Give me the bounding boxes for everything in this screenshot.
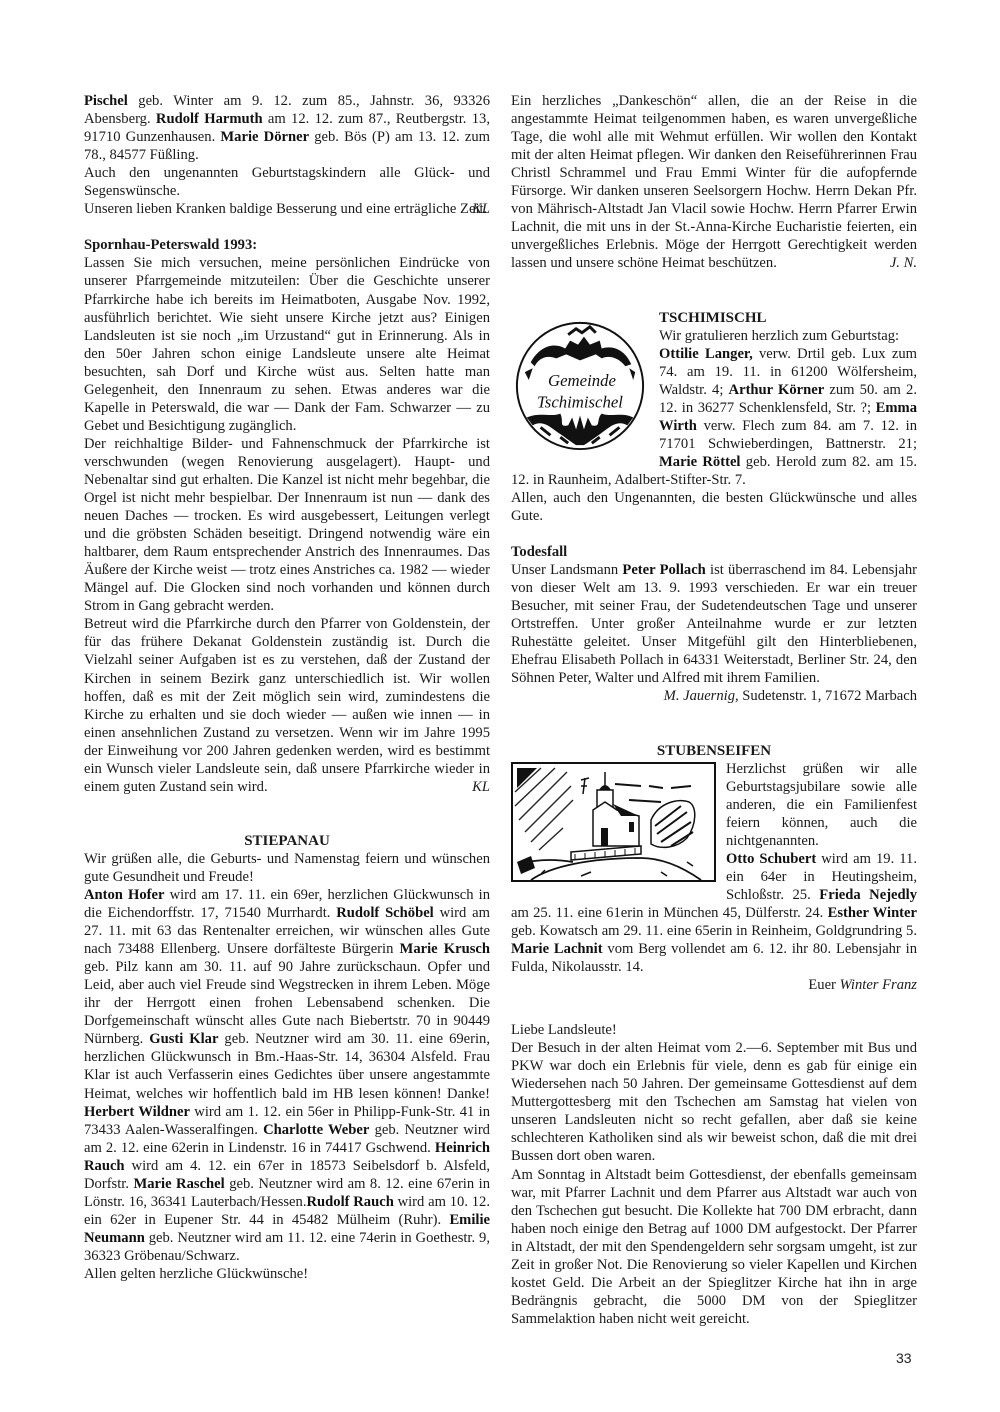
thanks-paragraph: Ein herzliches „Dankeschön“ allen, die a… [511,92,917,272]
municipal-seal-emblem-icon: Gemeinde Tschimischel [511,315,649,453]
person-name: Marie Raschel [133,1176,224,1192]
spornhau-paragraph-2: Der reichhaltige Bilder- und Fahnenschmu… [84,435,490,615]
wish-sick-row: Unseren lieben Kranken baldige Besserung… [84,200,490,218]
section-heading-stiepanau: STIEPANAU [84,832,490,850]
person-name: Emilie Neumann [84,1212,490,1246]
person-name: Rudolf Schöbel [336,905,433,921]
person-name: Marie Krusch [400,941,490,957]
obituary-signature-name: M. Jauernig, [664,688,739,704]
stubenseifen-signature: Euer Winter Franz [511,976,917,994]
signature-prefix: Euer [808,977,839,993]
church-illustration-figure [511,760,726,887]
person-name: Rudolf Rauch [307,1194,394,1210]
person-name: Marie Dörner [220,129,309,145]
section-heading-todesfall: Todesfall [511,543,917,561]
person-name: Peter Pollach [622,562,705,578]
obituary-signature: M. Jauernig, Sudetenstr. 1, 71672 Marbac… [511,687,917,705]
person-name: Frieda Nejedly [819,887,917,903]
person-name: Arthur Körner [729,382,825,398]
wish-sick: Unseren lieben Kranken baldige Besserung… [84,200,487,218]
person-name: Pischel [84,93,128,109]
wish-unnamed: Auch den ungenannten Geburtstagskindern … [84,164,490,200]
emblem-figure: Gemeinde Tschimischel [511,309,659,458]
signature-name: Winter Franz [840,977,917,993]
section-heading-stubenseifen: STUBENSEIFEN [511,742,917,760]
stiepanau-greeting: Wir grüßen alle, die Geburts- und Namens… [84,850,490,886]
letter-salutation: Liebe Landsleute! [511,1021,917,1039]
svg-text:Gemeinde: Gemeinde [548,370,616,389]
person-name: Marie Lachnit [511,941,603,957]
page-number: 33 [896,1350,912,1366]
section-heading-spornhau: Spornhau-Peterswald 1993: [84,236,490,254]
person-name: Emma Wirth [659,400,917,434]
spornhau-paragraph-1: Lassen Sie mich versuchen, meine persönl… [84,254,490,434]
stiepanau-closing: Allen gelten herzliche Glückwünsche! [84,1265,490,1283]
person-name: Heinrich Rauch [84,1140,490,1174]
person-name: Anton Hofer [84,887,164,903]
person-name: Herbert Wildner [84,1104,190,1120]
person-name: Rudolf Harmuth [156,111,263,127]
letter-paragraph-1: Der Besuch in der alten Heimat vom 2.—6.… [511,1039,917,1165]
person-name: Esther Winter [828,905,917,921]
person-name: Ottilie Langer, [659,346,753,362]
right-column: Ein herzliches „Dankeschön“ allen, die a… [511,92,917,1328]
birthday-list-continued: Pischel geb. Winter am 9. 12. zum 85., J… [84,92,490,164]
section-stubenseifen: Herzlichst grüßen wir alle Geburtstagsju… [511,760,917,995]
person-name: Charlotte Weber [263,1122,369,1138]
obituary-text: Unser Landsmann Peter Pollach ist überra… [511,561,917,687]
spornhau-paragraph-3: Betreut wird die Pfarrkirche durch den P… [84,615,490,795]
svg-text:Tschimischel: Tschimischel [537,392,623,411]
person-name: Gusti Klar [149,1031,218,1047]
stiepanau-birthday-list: Anton Hofer wird am 17. 11. ein 69er, he… [84,886,490,1265]
tschimischl-closing: Allen, auch den Ungenannten, die besten … [511,489,917,525]
obituary-signature-address: Sudetenstr. 1, 71672 Marbach [739,688,917,704]
letter-paragraph-2: Am Sonntag in Altstadt beim Gottesdienst… [511,1166,917,1328]
person-name: Marie Röttel [659,454,740,470]
person-name: Otto Schubert [726,851,816,867]
left-column: Pischel geb. Winter am 9. 12. zum 85., J… [84,92,490,1283]
church-on-hill-sketch-icon [511,762,716,882]
section-tschimischl: Gemeinde Tschimischel TSCHIMISCHL Wir gr… [511,309,917,526]
